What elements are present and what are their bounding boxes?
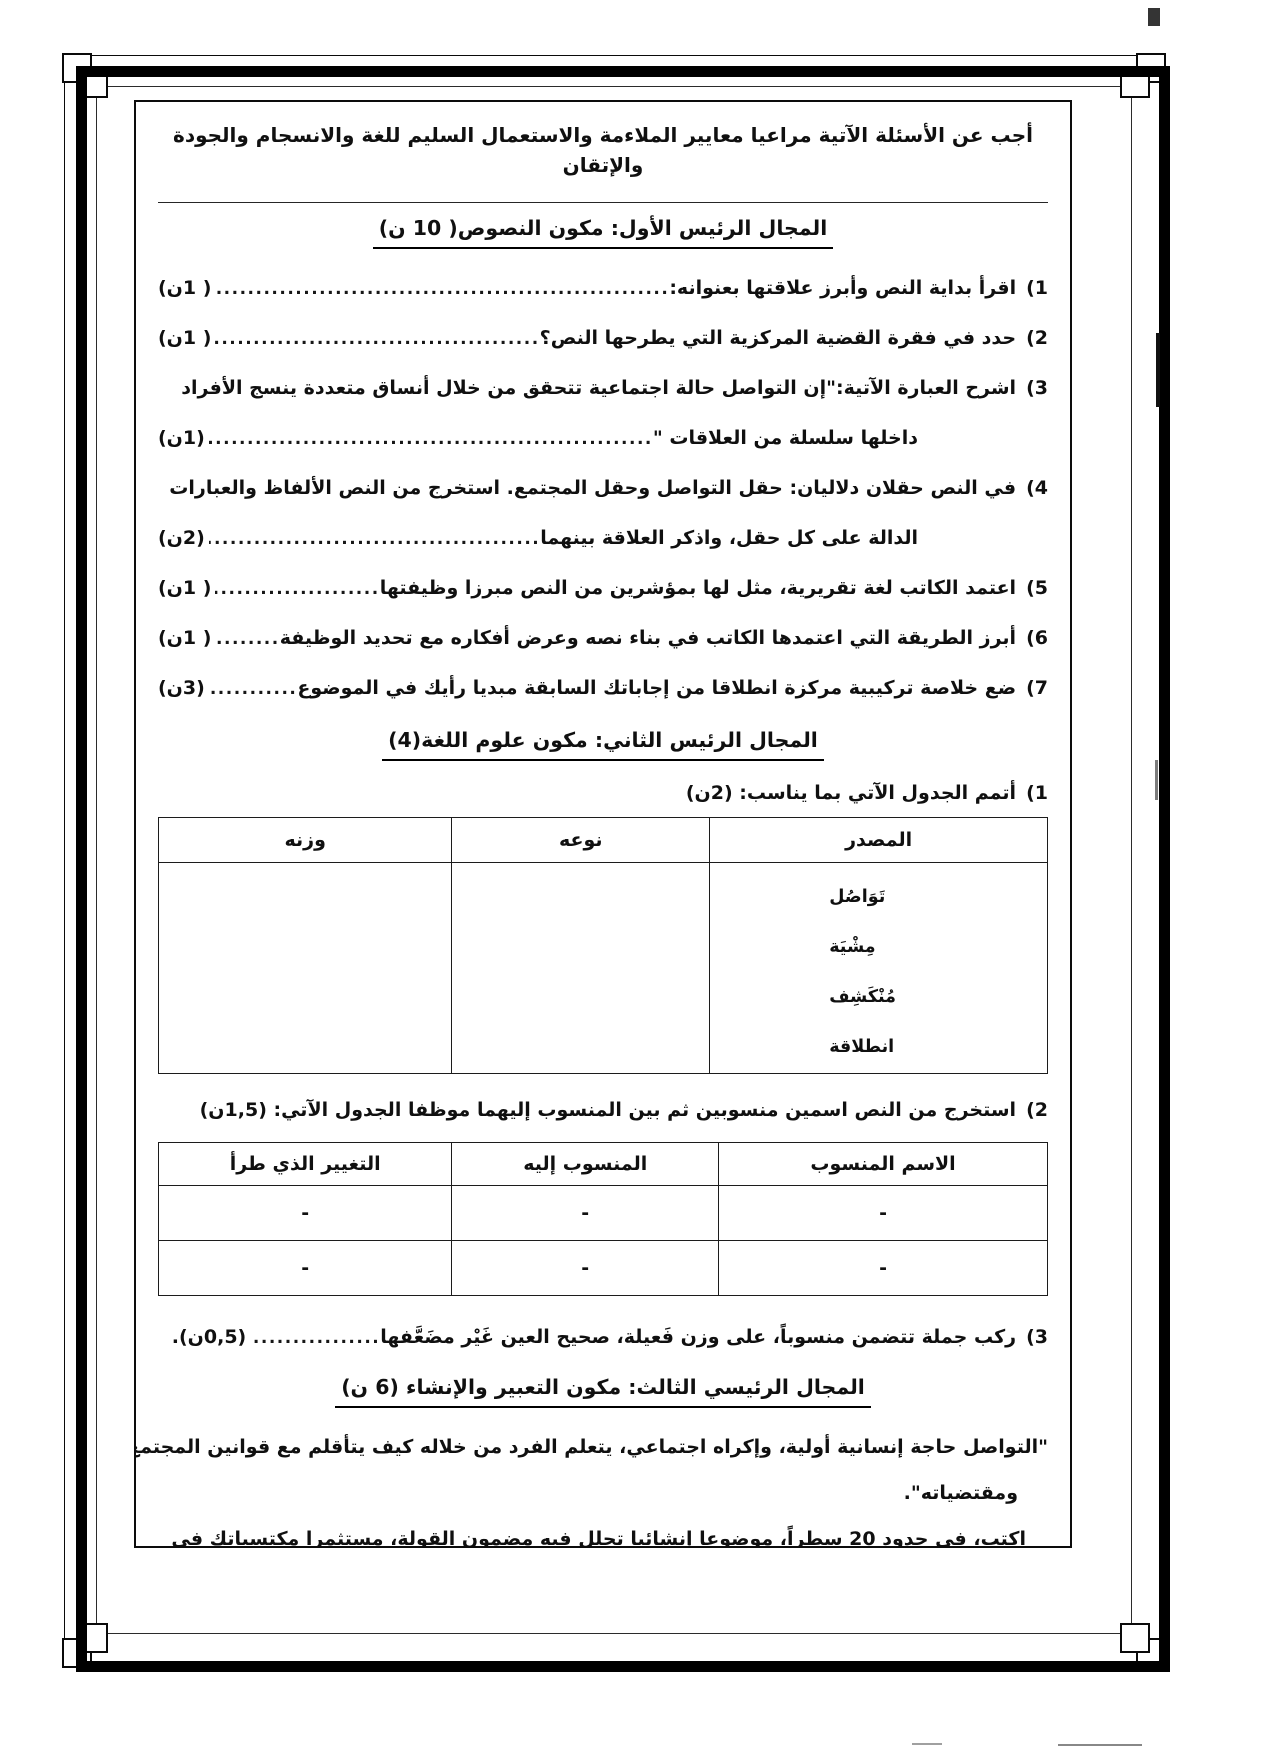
section2-title: المجال الرئيس الثاني: مكون علوم اللغة(4) (158, 725, 1048, 761)
table-cell: - (159, 1241, 452, 1296)
quote-line-2: ومقتضياته". (158, 1470, 1018, 1516)
question-number: 7) (1026, 663, 1048, 713)
question-mark: (2ن) (158, 513, 205, 563)
question-mark: ( 1ن) (158, 263, 211, 313)
answer-dots (209, 514, 540, 564)
question-3-line2: داخلها سلسلة من العلاقات " (1ن) (158, 413, 918, 463)
section1-questions: 1) اقرأ بداية النص وأبرز علاقتها بعنوانه… (158, 263, 1048, 713)
column-header-change: التغيير الذي طرأ (159, 1143, 452, 1186)
question-text: حدد في فقرة القضية المركزية التي يطرحها … (540, 313, 1016, 363)
question-2: 2) حدد في فقرة القضية المركزية التي يطرح… (158, 313, 1048, 363)
exam-instructions: أجب عن الأسئلة الآتية مراعيا معايير المل… (158, 102, 1048, 203)
table-row: - - - (159, 1241, 1048, 1296)
question-text: الدالة على كل حقل، واذكر العلاقة بينهما (540, 513, 918, 563)
question-mark: ( 1ن) (158, 613, 211, 663)
column-header-attributed-to: المنسوب إليه (452, 1143, 719, 1186)
answer-dots (209, 414, 653, 464)
table-cell: - (719, 1241, 1048, 1296)
section2-title-text: المجال الرئيس الثاني: مكون علوم اللغة(4) (382, 725, 824, 761)
question-text: ركب جملة تتضمن منسوباً، على وزن فَعيلة، … (380, 1312, 1016, 1362)
question-7: 7) ضع خلاصة تركيبية مركزة انطلاقا من إجا… (158, 663, 1048, 713)
question-number: 6) (1026, 613, 1048, 663)
table-cell: - (452, 1186, 719, 1241)
question-mark: (0,5ن). (172, 1312, 246, 1362)
question-text: اقرأ بداية النص وأبرز علاقتها بعنوانه: (669, 263, 1016, 313)
scan-artifact (1148, 8, 1160, 26)
nisba-table: الاسم المنسوب المنسوب إليه التغيير الذي … (158, 1142, 1048, 1296)
question-text: أبرز الطريقة التي اعتمدها الكاتب في بناء… (280, 613, 1016, 663)
question-number: 5) (1026, 563, 1048, 613)
type-answer-cell (452, 863, 710, 1074)
question-text: في النص حقلان دلاليان: حقل التواصل وحقل … (169, 463, 1016, 513)
section1-title: المجال الرئيس الأول: مكون النصوص( 10 ن) (158, 213, 1048, 249)
source-word: مِشْيَة (711, 922, 1046, 972)
section1-title-text: المجال الرئيس الأول: مكون النصوص( 10 ن) (373, 213, 834, 249)
quote-line-1: "التواصل حاجة إنسانية أولية، وإكراه اجتم… (158, 1424, 1048, 1470)
question-number: 4) (1026, 463, 1048, 513)
question-number: 3) (1026, 1312, 1048, 1362)
section2-question-1: 1) أتمم الجدول الآتي بما يناسب: (2ن) (158, 771, 1048, 815)
question-3-line1: 3) اشرح العبارة الآتية:"إن التواصل حالة … (158, 363, 1048, 413)
column-header-attributed-noun: الاسم المنسوب (719, 1143, 1048, 1186)
question-5: 5) اعتمد الكاتب لغة تقريرية، مثل لها بمؤ… (158, 563, 1048, 613)
answer-dots (215, 564, 379, 614)
table-row: - - - (159, 1186, 1048, 1241)
scan-artifact (1155, 760, 1158, 800)
question-mark: (3ن) (158, 663, 205, 713)
answer-dots (215, 614, 279, 664)
column-header-type: نوعه (452, 818, 710, 863)
scan-artifact (1156, 333, 1160, 407)
question-text: داخلها سلسلة من العلاقات " (653, 413, 918, 463)
question-4-line2: الدالة على كل حقل، واذكر العلاقة بينهما … (158, 513, 918, 563)
pattern-answer-cell (159, 863, 452, 1074)
source-word: تَوَاصُل (711, 872, 1046, 922)
table-cell: - (159, 1186, 452, 1241)
task-line-1: اكتب، في حدود 20 سطراً، موضوعا إنشائيا ت… (158, 1516, 1026, 1548)
question-mark: (1ن) (158, 413, 205, 463)
scan-artifact (1058, 1744, 1142, 1746)
morphology-table: المصدر نوعه وزنه تَوَاصُل مِشْيَة مُنْكَ… (158, 817, 1048, 1074)
answer-dots (215, 314, 539, 364)
question-1: 1) اقرأ بداية النص وأبرز علاقتها بعنوانه… (158, 263, 1048, 313)
table-cell: - (452, 1241, 719, 1296)
answer-dots (250, 1313, 380, 1363)
table-header-row: الاسم المنسوب المنسوب إليه التغيير الذي … (159, 1143, 1048, 1186)
source-words-cell: تَوَاصُل مِشْيَة مُنْكَشِف انطلاقة (710, 863, 1048, 1074)
question-text: اعتمد الكاتب لغة تقريرية، مثل لها بمؤشري… (380, 563, 1016, 613)
answer-dots (215, 264, 669, 314)
scanned-exam-page: أجب عن الأسئلة الآتية مراعيا معايير المل… (0, 0, 1275, 1756)
scan-artifact (912, 1743, 942, 1745)
table-header-row: المصدر نوعه وزنه (159, 818, 1048, 863)
question-number: 3) (1026, 363, 1048, 413)
column-header-pattern: وزنه (159, 818, 452, 863)
question-number: 2) (1026, 1088, 1048, 1132)
question-number: 2) (1026, 313, 1048, 363)
question-4-line1: 4) في النص حقلان دلاليان: حقل التواصل وح… (158, 463, 1048, 513)
question-text: ضع خلاصة تركيبية مركزة انطلاقا من إجابات… (297, 663, 1016, 713)
section2-question-3: 3) ركب جملة تتضمن منسوباً، على وزن فَعيل… (158, 1312, 1048, 1362)
question-mark: ( 1ن) (158, 313, 211, 363)
table-cell: - (719, 1186, 1048, 1241)
section3-title: المجال الرئيسي الثالث: مكون التعبير والإ… (158, 1372, 1048, 1408)
section3-title-text: المجال الرئيسي الثالث: مكون التعبير والإ… (335, 1372, 871, 1408)
column-header-source: المصدر (710, 818, 1048, 863)
question-number: 1) (1026, 263, 1048, 313)
question-text: أتمم الجدول الآتي بما يناسب: (2ن) (686, 771, 1016, 815)
exam-content-box: أجب عن الأسئلة الآتية مراعيا معايير المل… (134, 100, 1072, 1548)
answer-dots (209, 664, 298, 714)
question-mark: ( 1ن) (158, 563, 211, 613)
question-number: 1) (1026, 771, 1048, 815)
source-word: مُنْكَشِف (711, 972, 1046, 1022)
section2-question-2: 2) استخرج من النص اسمين منسوبين ثم بين ا… (158, 1088, 1048, 1132)
table-body-row: تَوَاصُل مِشْيَة مُنْكَشِف انطلاقة (159, 863, 1048, 1074)
question-text: اشرح العبارة الآتية:"إن التواصل حالة اجت… (181, 363, 1016, 413)
question-text: استخرج من النص اسمين منسوبين ثم بين المن… (200, 1088, 1016, 1132)
source-word: انطلاقة (711, 1022, 1046, 1072)
question-6: 6) أبرز الطريقة التي اعتمدها الكاتب في ب… (158, 613, 1048, 663)
